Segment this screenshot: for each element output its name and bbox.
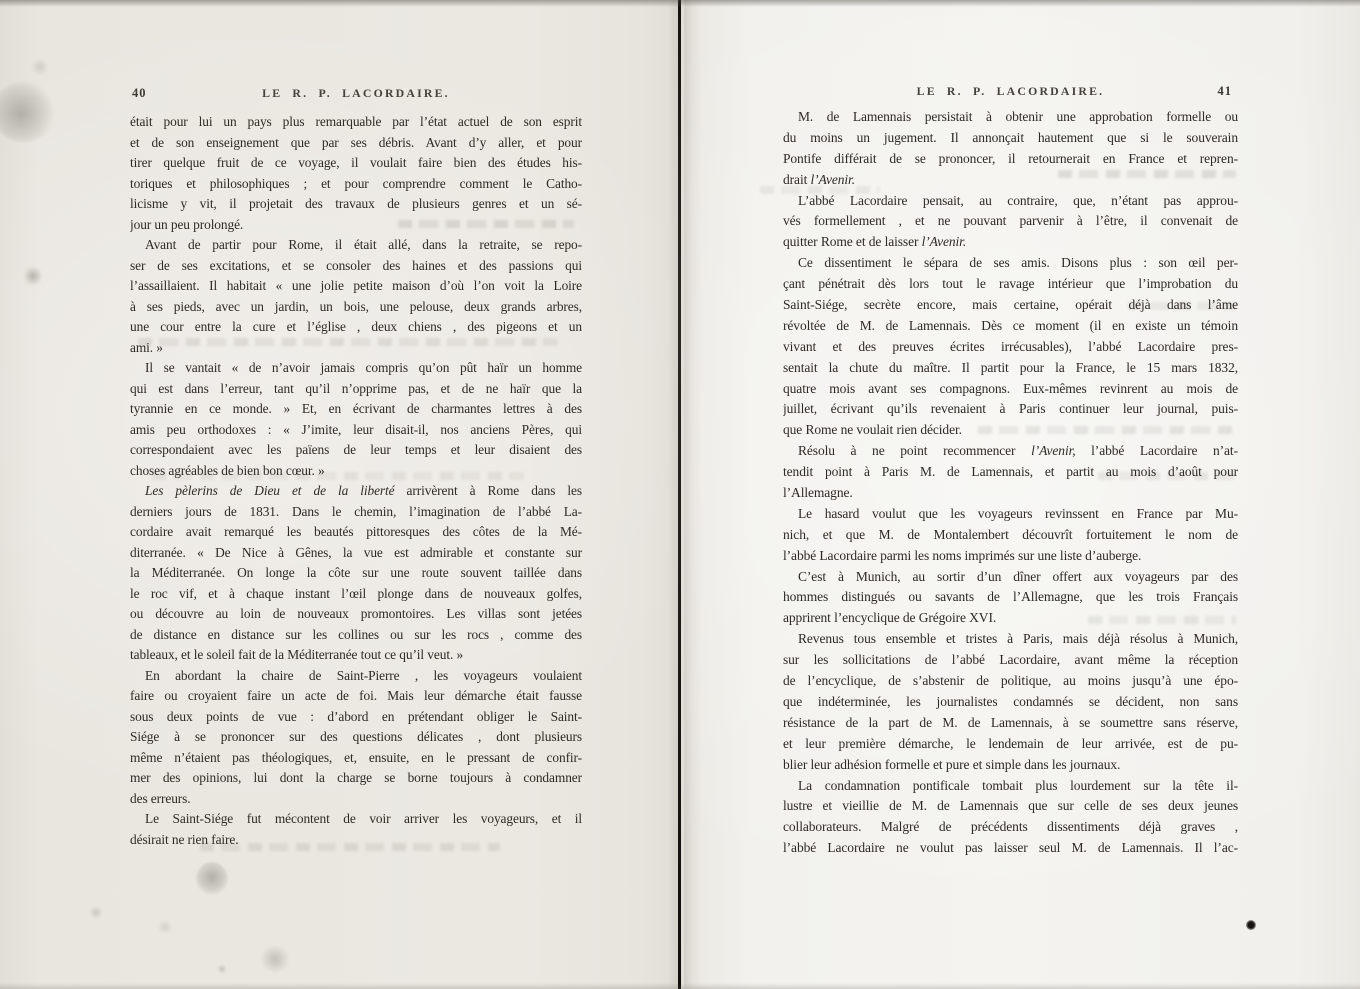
page-right: LE R. P. LACORDAIRE. 41 M. de Lamennais … xyxy=(684,0,1360,989)
text-line: Ce dissentiment le sépara de ses amis. D… xyxy=(783,253,1238,274)
page-body-left: était pour lui un pays plus remarquable … xyxy=(130,112,582,850)
text-line: apprirent l’encyclique de Grégoire XVI. xyxy=(783,608,1238,629)
foxing-stain xyxy=(156,920,174,934)
text-line: révoltée de M. de Lamennais. Dès ce mome… xyxy=(783,316,1238,337)
text-line: désirait ne rien faire. xyxy=(130,830,582,851)
text-line: çant pénétrait dès lors tout le ravage i… xyxy=(783,274,1238,295)
text-line: tirer quelque fruit de ce voyage, il vou… xyxy=(130,153,582,174)
text-line: cordaire avait remarqué les beautés pitt… xyxy=(130,522,582,543)
text-line: correspondaient avec les païens de leur … xyxy=(130,440,582,461)
text-line: toriques et philosophiques ; et pour com… xyxy=(130,174,582,195)
book-gutter xyxy=(678,0,681,989)
page-number-right: 41 xyxy=(1218,84,1233,99)
running-header-right: LE R. P. LACORDAIRE. xyxy=(783,84,1238,99)
text-line: sur les sollicitations de l’abbé Lacorda… xyxy=(783,650,1238,671)
text-line: Saint-Siége, secrète encore, mais certai… xyxy=(783,295,1238,316)
text-line: ami. » xyxy=(130,338,582,359)
text-line: Siége à se prononcer sur des questions d… xyxy=(130,727,582,748)
text-line: amis peu orthodoxes : « J’imite, leur di… xyxy=(130,420,582,441)
foxing-stain xyxy=(216,964,228,974)
text-line: ser de ses excitations, et se consoler d… xyxy=(130,256,582,277)
text-line: le roc vif, et à chaque instant l’œil pl… xyxy=(130,584,582,605)
text-line: de l’encyclique, de s’abstenir de politi… xyxy=(783,671,1238,692)
foxing-stain xyxy=(0,82,56,142)
right-page-header-row: LE R. P. LACORDAIRE. 41 xyxy=(783,84,1238,100)
text-line: derniers jours de 1831. Dans le chemin, … xyxy=(130,502,582,523)
text-line: sentait la chute du maître. Il partit po… xyxy=(783,358,1238,379)
text-line: qui est dans l’erreur, tant qu’il n’oppr… xyxy=(130,379,582,400)
text-line: l’abbé Lacordaire parmi les noms imprimé… xyxy=(783,546,1238,567)
text-line: quitter Rome et de laisser l’Avenir. xyxy=(783,232,1238,253)
text-line: faire ou croyaient faire un acte de foi.… xyxy=(130,686,582,707)
text-line: une cour entre la cure et l’église , deu… xyxy=(130,317,582,338)
text-line: choses agréables de bien bon cœur. » xyxy=(130,461,582,482)
text-line: l’Allemagne. xyxy=(783,483,1238,504)
foxing-stain xyxy=(196,862,228,896)
text-line: quatre mois avant ses compagnons. Eux-mê… xyxy=(783,379,1238,400)
text-line: M. de Lamennais persistait à obtenir une… xyxy=(783,107,1238,128)
text-line: lustre et vieillie de M. de Lamennais qu… xyxy=(783,796,1238,817)
text-line: était pour lui un pays plus remarquable … xyxy=(130,112,582,133)
text-line: résistance de la part de M. de Lamennais… xyxy=(783,713,1238,734)
text-line: vivant et des preuves écrites irrécusabl… xyxy=(783,337,1238,358)
text-line: la Méditerranée. On longe la côte sur un… xyxy=(130,563,582,584)
text-line: même n’étaient pas théologiques, et, ens… xyxy=(130,748,582,769)
text-line: l’assaillaient. Il habitait « une jolie … xyxy=(130,276,582,297)
text-line: Le hasard voulut que les voyageurs revin… xyxy=(783,504,1238,525)
text-line: Le Saint-Siége fut mécontent de voir arr… xyxy=(130,809,582,830)
book-scan: 40 LE R. P. LACORDAIRE. était pour lui u… xyxy=(0,0,1360,989)
text-line: Résolu à ne point recommencer l’Avenir, … xyxy=(783,441,1238,462)
text-line: tableaux, et le soleil fait de la Médite… xyxy=(130,645,582,666)
text-line: licisme y vit, il projetait des travaux … xyxy=(130,194,582,215)
text-line: que Rome ne voulait rien décider. xyxy=(783,420,1238,441)
text-line: mer des opinions, lui dont la charge se … xyxy=(130,768,582,789)
running-header-left: LE R. P. LACORDAIRE. xyxy=(130,86,582,101)
text-line: l’abbé Lacordaire ne voulut pas laisser … xyxy=(783,838,1238,859)
page-left: 40 LE R. P. LACORDAIRE. était pour lui u… xyxy=(0,0,681,989)
text-line: Avant de partir pour Rome, il était allé… xyxy=(130,235,582,256)
text-line: C’est à Munich, au sortir d’un dîner off… xyxy=(783,567,1238,588)
text-line: de distance en distance sur les collines… xyxy=(130,625,582,646)
text-line: Il se vantait « de n’avoir jamais compri… xyxy=(130,358,582,379)
text-line: L’abbé Lacordaire pensait, au contraire,… xyxy=(783,191,1238,212)
page-number-left: 40 xyxy=(132,86,147,101)
text-line: vés formellement , et ne pouvant parveni… xyxy=(783,211,1238,232)
foxing-stain xyxy=(30,58,50,76)
text-line: drait l’Avenir. xyxy=(783,170,1238,191)
text-line: blier leur adhésion formelle et pure et … xyxy=(783,755,1238,776)
text-line: Pontife différait de se prononcer, il re… xyxy=(783,149,1238,170)
text-line: collaborateurs. Malgré de précédents dis… xyxy=(783,817,1238,838)
text-line: tyrannie en ce monde. » Et, en écrivant … xyxy=(130,399,582,420)
text-line: La condamnation pontificale tombait plus… xyxy=(783,776,1238,797)
text-line: tendit point à Paris M. de Lamennais, et… xyxy=(783,462,1238,483)
text-line: juillet, écrivant qu’ils revenaient à Pa… xyxy=(783,399,1238,420)
text-line: diterranée. « De Nice à Gênes, la vue es… xyxy=(130,543,582,564)
text-line: sous deux points de vue : d’abord en pré… xyxy=(130,707,582,728)
text-line: Revenus tous ensemble et tristes à Paris… xyxy=(783,629,1238,650)
foxing-stain xyxy=(22,266,44,286)
text-line: hommes distingués ou savants de l’Allema… xyxy=(783,587,1238,608)
page-body-right: M. de Lamennais persistait à obtenir une… xyxy=(783,107,1238,859)
text-line: nich, et que M. de Montalembert découvrî… xyxy=(783,525,1238,546)
text-line: du moins un jugement. Il annonçait haute… xyxy=(783,128,1238,149)
left-page-header-row: 40 LE R. P. LACORDAIRE. xyxy=(130,86,582,102)
foxing-stain xyxy=(258,946,292,972)
text-line: des erreurs. xyxy=(130,789,582,810)
text-line: ou découvre au loin de nouveaux promonto… xyxy=(130,604,582,625)
text-line: que indéterminée, les journalistes conda… xyxy=(783,692,1238,713)
text-line: à ses pieds, avec un jardin, un bois, un… xyxy=(130,297,582,318)
text-line: et leur première démarche, le lendemain … xyxy=(783,734,1238,755)
foxing-stain xyxy=(88,906,104,919)
text-line: Les pèlerins de Dieu et de la liberté ar… xyxy=(130,481,582,502)
text-line: jour un peu prolongé. xyxy=(130,215,582,236)
text-line: En abordant la chaire de Saint-Pierre , … xyxy=(130,666,582,687)
text-line: et de son enseignement que par ses débri… xyxy=(130,133,582,154)
